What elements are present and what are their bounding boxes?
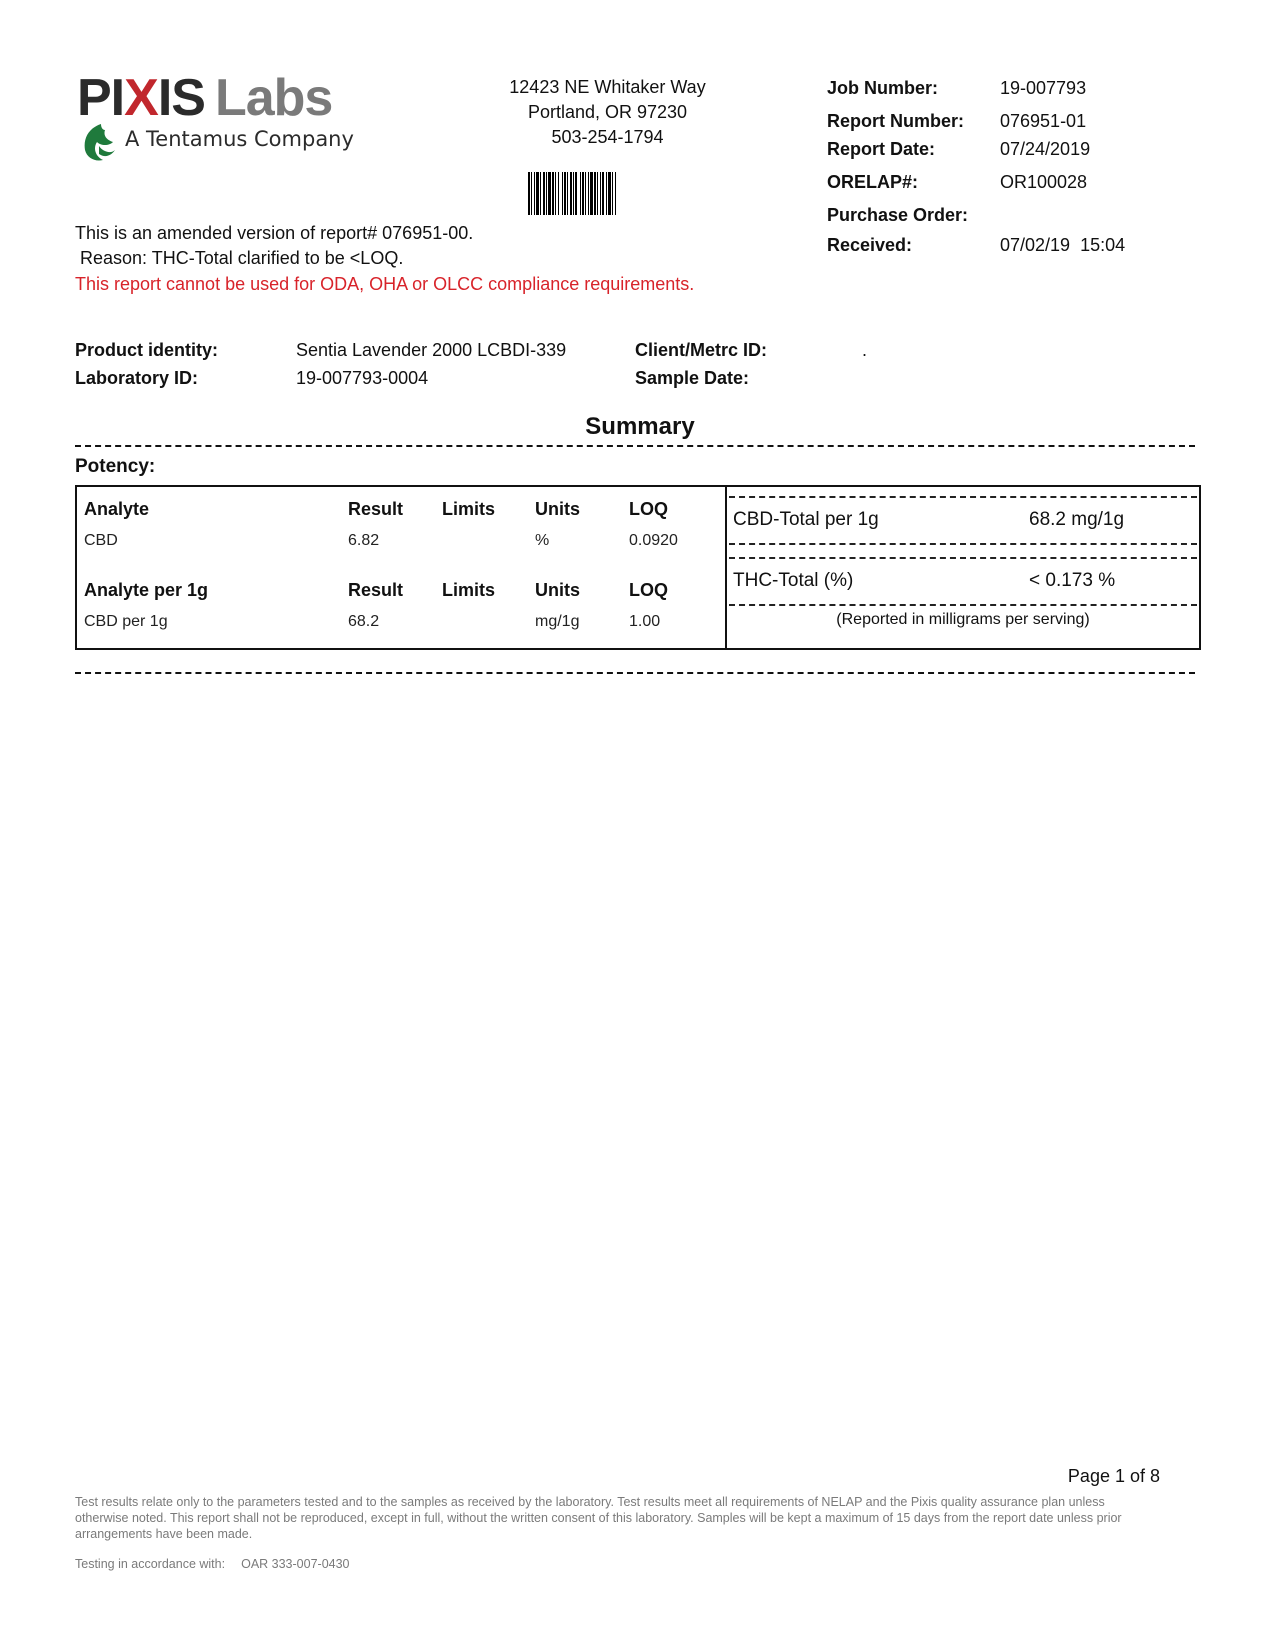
address-city: Portland, OR 97230 xyxy=(480,102,735,123)
logo-tagline: A Tentamus Company xyxy=(125,124,354,154)
laboratory-id-label: Laboratory ID: xyxy=(75,368,198,389)
footer-testing: Testing in accordance with:OAR 333-007-0… xyxy=(75,1557,350,1571)
logo-text-is: IS xyxy=(158,69,205,127)
compliance-warning: This report cannot be used for ODA, OHA … xyxy=(75,274,694,295)
purchase-order-label: Purchase Order: xyxy=(827,205,968,226)
potency-label: Potency: xyxy=(75,456,155,478)
logo-text-pi: PI xyxy=(77,69,124,127)
orelap-label: ORELAP#: xyxy=(827,172,918,193)
summary-title: Summary xyxy=(0,413,1275,441)
logo-text-labs: Labs xyxy=(215,69,332,127)
job-number-value: 19-007793 xyxy=(1000,78,1086,99)
footer-disclaimer: Test results relate only to the paramete… xyxy=(75,1494,1155,1542)
table1-row-loq: 0.0920 xyxy=(629,532,678,550)
table2-header-limits: Limits xyxy=(442,580,495,601)
table2-row-loq: 1.00 xyxy=(629,613,660,631)
address-street: 12423 NE Whitaker Way xyxy=(480,77,735,98)
orelap-value: OR100028 xyxy=(1000,172,1087,193)
cbd-total-label: CBD-Total per 1g xyxy=(733,509,879,531)
table1-row-analyte: CBD xyxy=(84,532,118,550)
tentamus-leaf-icon xyxy=(81,122,117,162)
received-label: Received: xyxy=(827,235,912,256)
thc-total-value: < 0.173 % xyxy=(1029,570,1115,592)
table2-row-analyte: CBD per 1g xyxy=(84,613,168,631)
report-date-value: 07/24/2019 xyxy=(1000,139,1090,160)
testing-label: Testing in accordance with: xyxy=(75,1557,225,1571)
pixis-labs-logo: PIXISLabs A Tentamus Company xyxy=(77,72,377,167)
table2-header-units: Units xyxy=(535,580,580,601)
totals-dash-4 xyxy=(729,604,1197,606)
received-value: 07/02/19 15:04 xyxy=(1000,235,1125,256)
results-box-divider xyxy=(725,485,727,650)
job-number-label: Job Number: xyxy=(827,78,938,99)
table2-row-units: mg/1g xyxy=(535,613,579,631)
logo-text-x: X xyxy=(124,69,158,127)
testing-code: OAR 333-007-0430 xyxy=(241,1557,349,1571)
totals-dash-1 xyxy=(729,496,1197,498)
table1-header-loq: LOQ xyxy=(629,499,668,520)
report-date-label: Report Date: xyxy=(827,139,935,160)
report-number-value: 076951-01 xyxy=(1000,111,1086,132)
logo-wordmark: PIXISLabs xyxy=(77,72,332,124)
table1-header-result: Result xyxy=(348,499,403,520)
table1-header-analyte: Analyte xyxy=(84,499,149,520)
client-metrc-id-value: . xyxy=(862,340,867,361)
cbd-total-value: 68.2 mg/1g xyxy=(1029,509,1124,531)
amended-reason: Reason: THC-Total clarified to be <LOQ. xyxy=(75,248,403,269)
product-identity-value: Sentia Lavender 2000 LCBDI-339 xyxy=(296,340,566,361)
laboratory-id-value: 19-007793-0004 xyxy=(296,368,428,389)
address-phone: 503-254-1794 xyxy=(480,127,735,148)
sample-date-label: Sample Date: xyxy=(635,368,749,389)
page-number: Page 1 of 8 xyxy=(1068,1466,1160,1487)
barcode xyxy=(528,172,669,215)
totals-note: (Reported in milligrams per serving) xyxy=(733,611,1193,629)
table1-row-result: 6.82 xyxy=(348,532,379,550)
product-identity-label: Product identity: xyxy=(75,340,218,361)
table1-header-limits: Limits xyxy=(442,499,495,520)
totals-dash-2 xyxy=(729,543,1197,545)
report-number-label: Report Number: xyxy=(827,111,964,132)
table1-header-units: Units xyxy=(535,499,580,520)
amended-note: This is an amended version of report# 07… xyxy=(75,223,473,244)
table2-header-result: Result xyxy=(348,580,403,601)
table2-row-result: 68.2 xyxy=(348,613,379,631)
totals-dash-3 xyxy=(729,557,1197,559)
summary-divider-top xyxy=(75,445,1195,447)
table2-header-loq: LOQ xyxy=(629,580,668,601)
table2-header-analyte: Analyte per 1g xyxy=(84,580,208,601)
client-metrc-id-label: Client/Metrc ID: xyxy=(635,340,767,361)
summary-divider-bottom xyxy=(75,672,1195,674)
thc-total-label: THC-Total (%) xyxy=(733,570,853,592)
table1-row-units: % xyxy=(535,532,549,550)
